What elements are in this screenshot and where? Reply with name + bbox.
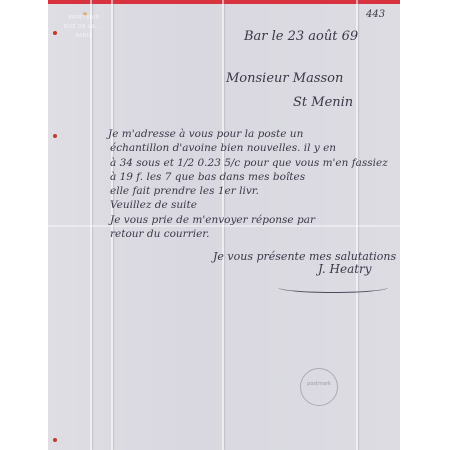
page-number: 443 [366, 9, 385, 20]
emboss-line: PAPETERIE [54, 14, 114, 23]
body-line: Je m'adresse à vous pour la poste un [108, 128, 303, 140]
body-line: à 19 f. les 7 que bas dans mes boîtes [110, 171, 305, 183]
punch-hole-mark [53, 438, 57, 442]
body-line: Je vous prie de m'envoyer réponse par [110, 214, 315, 226]
body-line: retour du courrier. [110, 228, 210, 240]
punch-hole-mark [53, 134, 57, 138]
postmark-text: postmark [301, 381, 337, 387]
postmark-stamp: postmark [300, 368, 338, 406]
recipient-name: Monsieur Masson [226, 71, 343, 86]
body-line: à 34 sous et 1/2 0.23 5/c pour que vous … [110, 157, 388, 169]
recipient-place: St Menin [293, 95, 353, 110]
red-edge [48, 0, 400, 4]
body-line: échantillon d'avoine bien nouvelles. il … [110, 142, 336, 154]
signature: J. Heatry [318, 262, 372, 276]
body-line: Veuillez de suite [110, 199, 197, 211]
letterhead-embossing: PAPETERIE RUE DE LA ... PARIS [54, 14, 114, 41]
emboss-line: PARIS [54, 32, 114, 41]
emboss-line: RUE DE LA ... [54, 23, 114, 32]
date-line: Bar le 23 août 69 [244, 29, 358, 44]
signature-flourish [278, 282, 388, 293]
body-line: elle fait prendre les 1er livr. [110, 185, 259, 197]
letter-page: PAPETERIE RUE DE LA ... PARIS 443 Bar le… [48, 0, 400, 450]
